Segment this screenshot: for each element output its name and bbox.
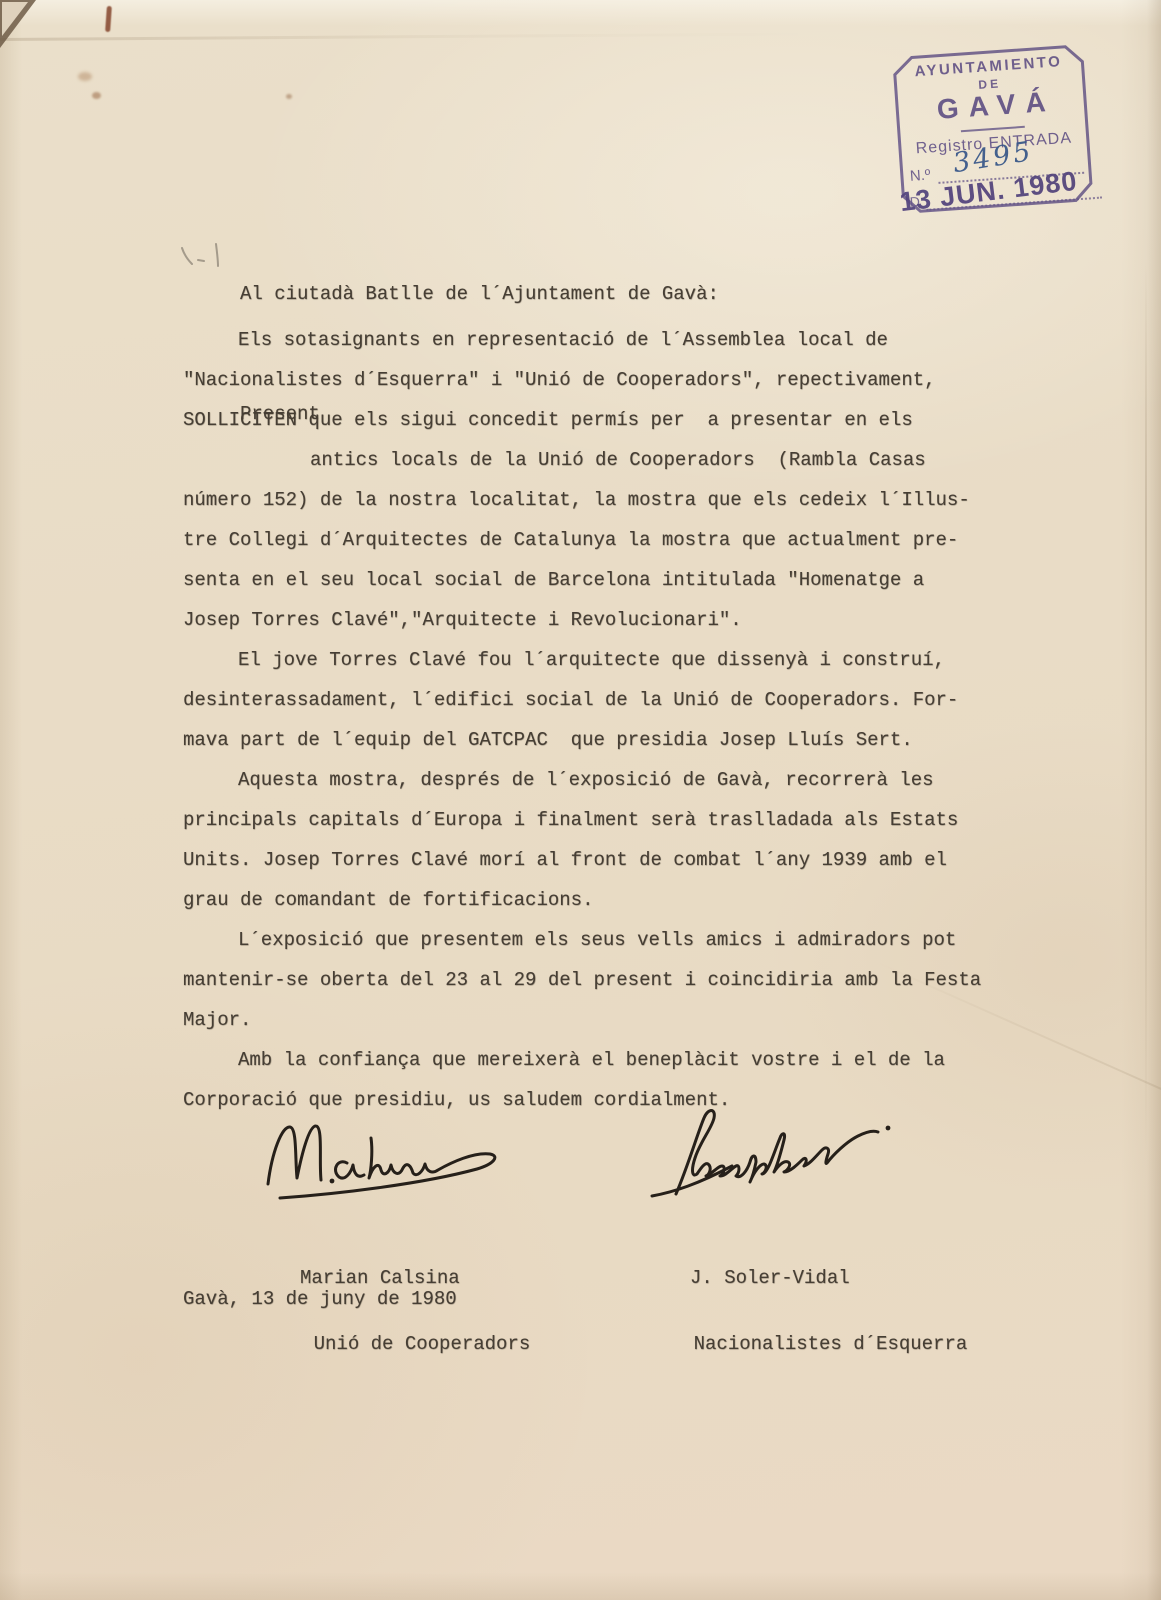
stamp-number-label: N.º [909,166,931,184]
signatory-name: J. Soler-Vidal [648,1262,967,1295]
stain-spot [286,94,292,99]
signatory-org: Nacionalistes d´Esquerra [694,1333,968,1355]
typed-line: L´exposició que presentem els seus vells… [183,920,981,960]
corner-fold [0,0,36,48]
typed-line: tre Collegi d´Arquitectes de Catalunya l… [183,520,981,560]
rust-speck [105,6,112,32]
signature-josep-soler-vidal [640,1104,910,1204]
typed-line: mava part de l´equip del GATCPAC que pre… [183,720,981,760]
signatory-right: J. Soler-Vidal Nacionalistes d´Esquerra [648,1196,967,1394]
signature-marian-calsina [252,1114,512,1209]
paper-crease-right [1145,260,1147,1160]
typed-line: Amb la confiança que mereixerà el benepl… [183,1040,981,1080]
stain-spot [78,72,92,81]
letter-body: Els sotasignants en representació de l´A… [183,320,981,1120]
typed-line: Aquesta mostra, després de l´exposició d… [183,760,981,800]
typed-line: Major. [183,1000,981,1040]
typed-line: El jove Torres Clavé fou l´arquitecte qu… [183,640,981,680]
typed-line: mantenir-se oberta del 23 al 29 del pres… [183,960,981,1000]
typed-line: Units. Josep Torres Clavé morí al front … [183,840,981,880]
signatory-org: Unió de Cooperadors [314,1333,531,1355]
recipient-line: Al ciutadà Batlle de l´Ajuntament de Gav… [240,274,719,314]
typed-line: número 152) de la nostra localitat, la m… [183,480,981,520]
typed-line: Els sotasignants en representació de l´A… [183,320,981,360]
typed-line: Josep Torres Clavé","Arquitecte i Revolu… [183,600,981,640]
document-page: AYUNTAMIENTO DE GAVÁ Registro ENTRADA N.… [0,0,1161,1600]
paper-crease-top [0,30,1161,41]
typed-line: desinterassadament, l´edifici social de … [183,680,981,720]
typed-line: SOLLICITEN que els sigui concedit permís… [183,400,981,440]
typed-line: principals capitals d´Europa i finalment… [183,800,981,840]
place-date-line: Gavà, 13 de juny de 1980 [183,1288,457,1310]
stain-spot [92,92,101,99]
typed-line: senta en el seu local social de Barcelon… [183,560,981,600]
typed-line: "Nacionalistes d´Esquerra" i "Unió de Co… [183,360,981,400]
typed-line: grau de comandant de fortificacions. [183,880,981,920]
typed-line: antics locals de la Unió de Cooperadors … [183,440,981,480]
registry-stamp: AYUNTAMIENTO DE GAVÁ Registro ENTRADA N.… [887,39,1098,223]
pencil-marks [168,236,248,280]
